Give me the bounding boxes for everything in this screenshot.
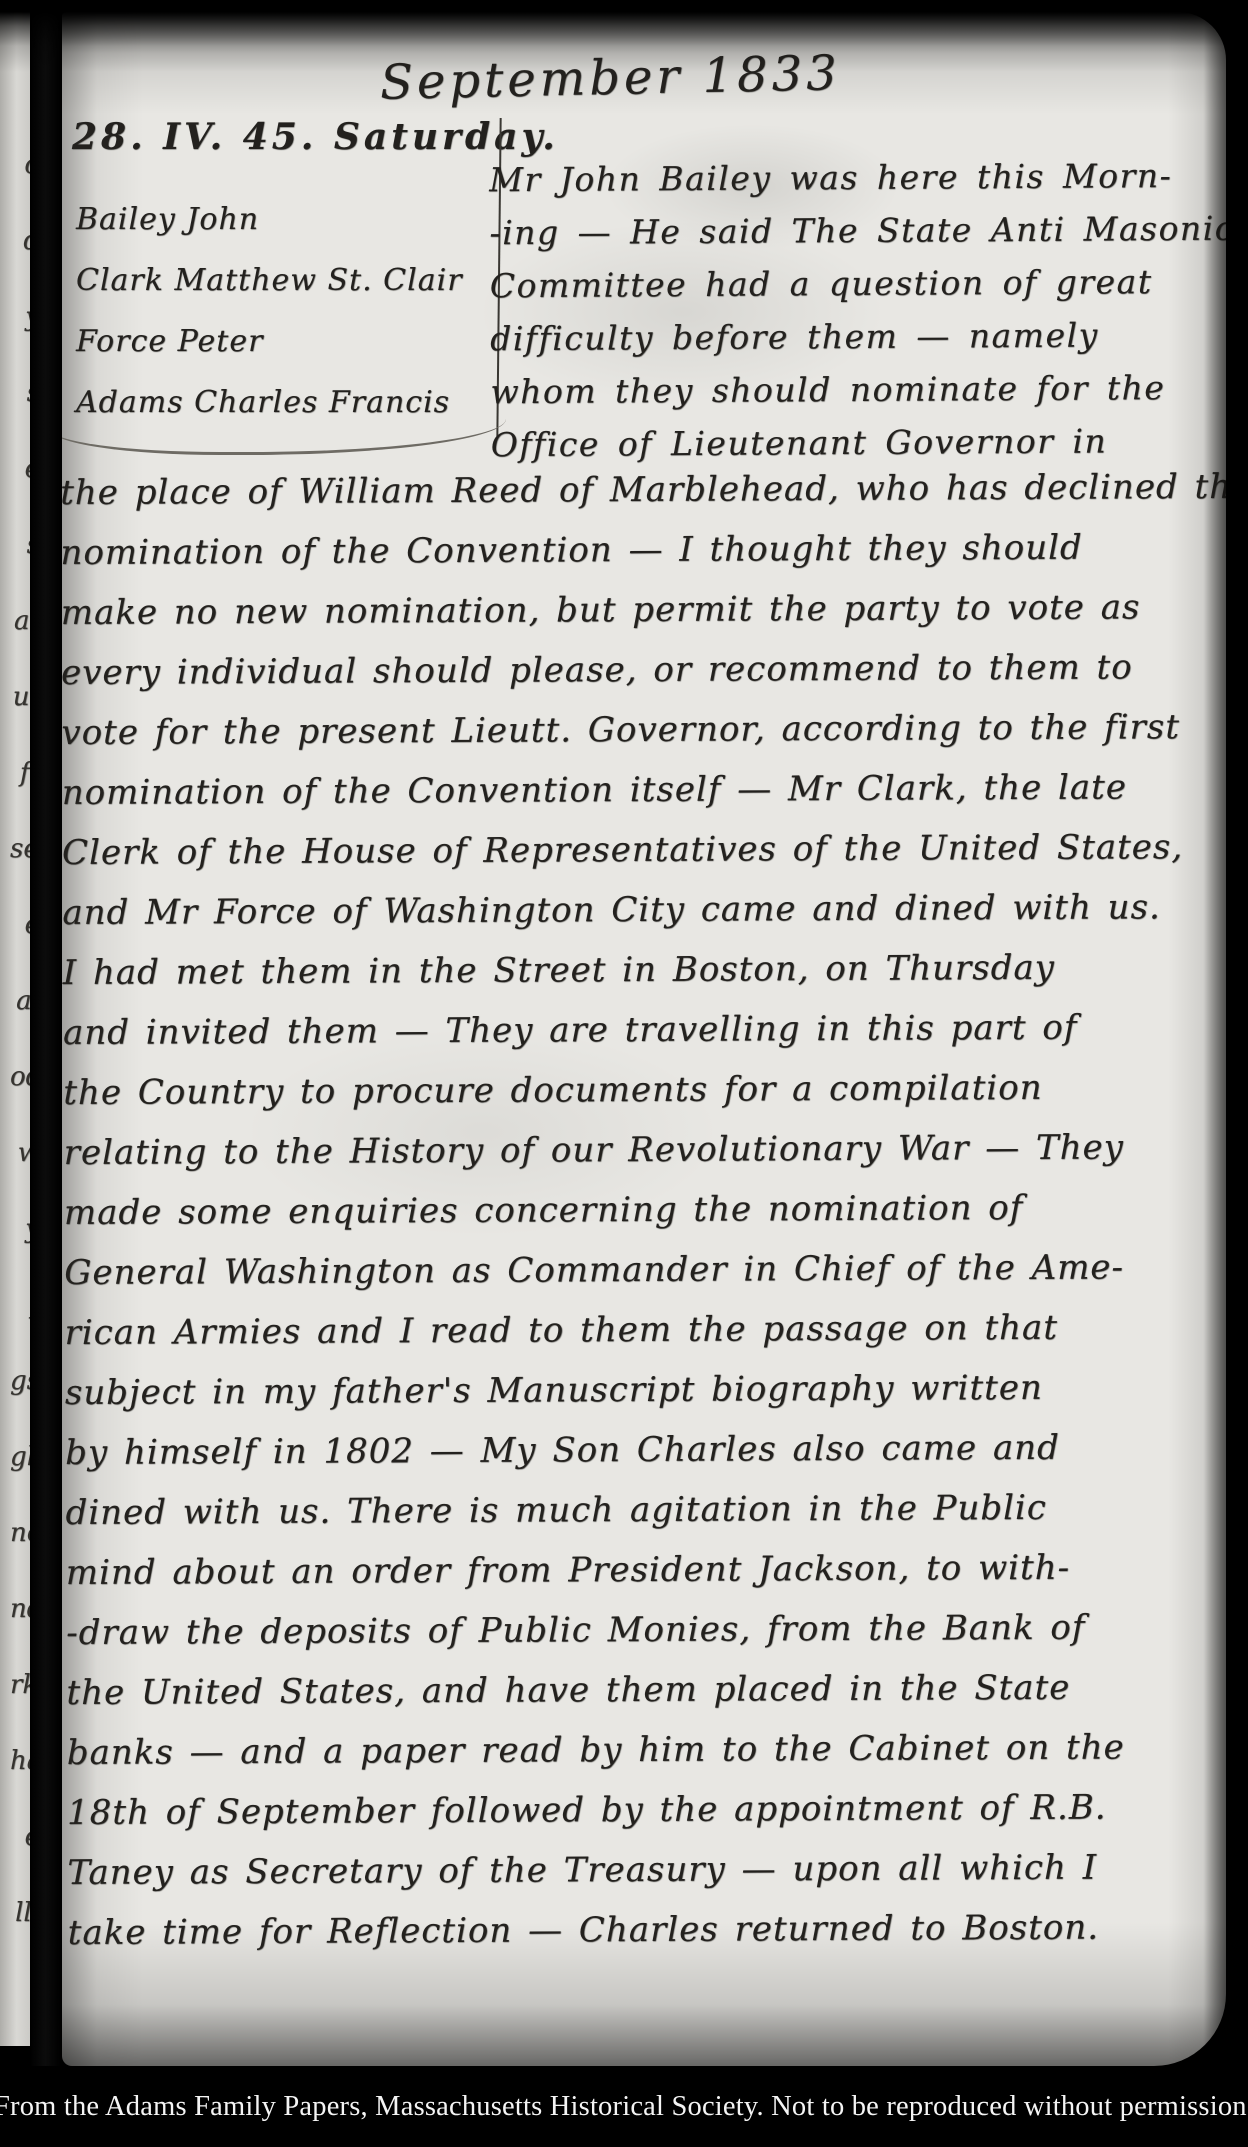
edge-fragment: ne bbox=[10, 1518, 30, 1594]
edge-fragment: ght bbox=[10, 1442, 30, 1518]
body-line: by himself in 1802 — My Son Charles also… bbox=[65, 1427, 1225, 1493]
edge-fragment: y bbox=[10, 302, 30, 378]
edge-fragment: s bbox=[10, 378, 30, 454]
names-box-underline bbox=[62, 414, 506, 455]
body-line: and Mr Force of Washington City came and… bbox=[62, 887, 1222, 953]
edge-fragment: ut bbox=[10, 682, 30, 758]
body-line: 18th of September followed by the appoin… bbox=[67, 1787, 1226, 1853]
body-line: I had met them in the Street in Boston, … bbox=[63, 947, 1223, 1013]
edge-fragment: at bbox=[10, 606, 30, 682]
body-line: dined with us. There is much agitation i… bbox=[65, 1487, 1225, 1553]
entry-line: Mr John Bailey was here this Morn- bbox=[489, 156, 1226, 214]
body-line: Taney as Secretary of the Treasury — upo… bbox=[67, 1847, 1226, 1913]
manuscript-page: September 1833 28. IV. 45. Saturday. Bai… bbox=[62, 12, 1226, 2066]
edge-fragment: f bbox=[10, 1290, 30, 1366]
body-line: Clerk of the House of Representatives of… bbox=[62, 827, 1222, 893]
margin-name: Clark Matthew St. Clair bbox=[76, 263, 496, 324]
body-line: every individual should please, or recom… bbox=[62, 647, 1221, 713]
entry-first-column: Mr John Bailey was here this Morn- -ing … bbox=[489, 156, 1226, 479]
page-header-date: September 1833 bbox=[379, 45, 841, 111]
body-line: General Washington as Commander in Chief… bbox=[64, 1247, 1224, 1313]
scanned-diary-page: o d y s e s at ut ft se. e al bbox=[0, 0, 1248, 2147]
body-line: and invited them — They are travelling i… bbox=[63, 1007, 1223, 1073]
edge-fragment: ll, bbox=[10, 1898, 30, 1974]
edge-fragment: e bbox=[10, 1822, 30, 1898]
margin-name: Bailey John bbox=[76, 202, 496, 263]
edge-fragment: o bbox=[10, 150, 30, 226]
body-line: the United States, and have them placed … bbox=[66, 1667, 1226, 1733]
edge-fragment: rke bbox=[10, 1670, 30, 1746]
entry-line: whom they should nominate for the bbox=[490, 368, 1226, 426]
margin-name: Force Peter bbox=[76, 324, 496, 385]
edge-fragment: od bbox=[10, 1062, 30, 1138]
body-line: vote for the present Lieutt. Governor, a… bbox=[62, 707, 1222, 773]
caption-bar: From the Adams Family Papers, Massachuse… bbox=[0, 2066, 1248, 2147]
edge-fragment: se. bbox=[10, 834, 30, 910]
edge-fragment: s bbox=[10, 530, 30, 606]
edge-fragment: nd bbox=[10, 1594, 30, 1670]
edge-fragment: e bbox=[10, 910, 30, 986]
edge-fragment: ha bbox=[10, 1746, 30, 1822]
caption-text: From the Adams Family Papers, Massachuse… bbox=[0, 2091, 1248, 2123]
entry-line: -ing — He said The State Anti Masonic bbox=[489, 209, 1226, 267]
entry-body: the place of William Reed of Marblehead,… bbox=[62, 467, 1226, 1973]
body-line: nomination of the Convention itself — Mr… bbox=[62, 767, 1222, 833]
edge-fragment: y bbox=[10, 1214, 30, 1290]
body-line: subject in my father's Manuscript biogra… bbox=[65, 1367, 1225, 1433]
body-line: take time for Reflection — Charles retur… bbox=[68, 1907, 1226, 1973]
body-line: mind about an order from President Jacks… bbox=[66, 1547, 1226, 1613]
body-line: the place of William Reed of Marblehead,… bbox=[62, 467, 1220, 533]
edge-fragment: e bbox=[10, 454, 30, 530]
margin-names-box: Bailey John Clark Matthew St. Clair Forc… bbox=[76, 202, 496, 446]
body-line: relating to the History of our Revolutio… bbox=[64, 1127, 1224, 1193]
book-gutter bbox=[30, 0, 64, 2147]
body-line: banks — and a paper read by him to the C… bbox=[67, 1727, 1226, 1793]
edge-fragments: o d y s e s at ut ft se. e al bbox=[0, 150, 30, 1974]
body-line: -draw the deposits of Public Monies, fro… bbox=[66, 1607, 1226, 1673]
entry-line: Committee had a question of great bbox=[490, 262, 1226, 320]
body-line: make no new nomination, but permit the p… bbox=[62, 587, 1221, 653]
edge-fragment: d bbox=[10, 226, 30, 302]
body-line: rican Armies and I read to them the pass… bbox=[64, 1307, 1224, 1373]
body-line: the Country to procure documents for a c… bbox=[63, 1067, 1223, 1133]
entry-line: difficulty before them — namely bbox=[490, 315, 1226, 373]
edge-fragment: al bbox=[10, 986, 30, 1062]
entry-heading: 28. IV. 45. Saturday. bbox=[72, 116, 559, 158]
edge-fragment: ft bbox=[10, 758, 30, 834]
edge-fragment: w bbox=[10, 1138, 30, 1214]
body-line: made some enquiries concerning the nomin… bbox=[64, 1187, 1224, 1253]
body-line: nomination of the Convention — I thought… bbox=[62, 527, 1221, 593]
facing-page-edge: o d y s e s at ut ft se. e al bbox=[0, 10, 30, 2046]
edge-fragment: gs, bbox=[10, 1366, 30, 1442]
